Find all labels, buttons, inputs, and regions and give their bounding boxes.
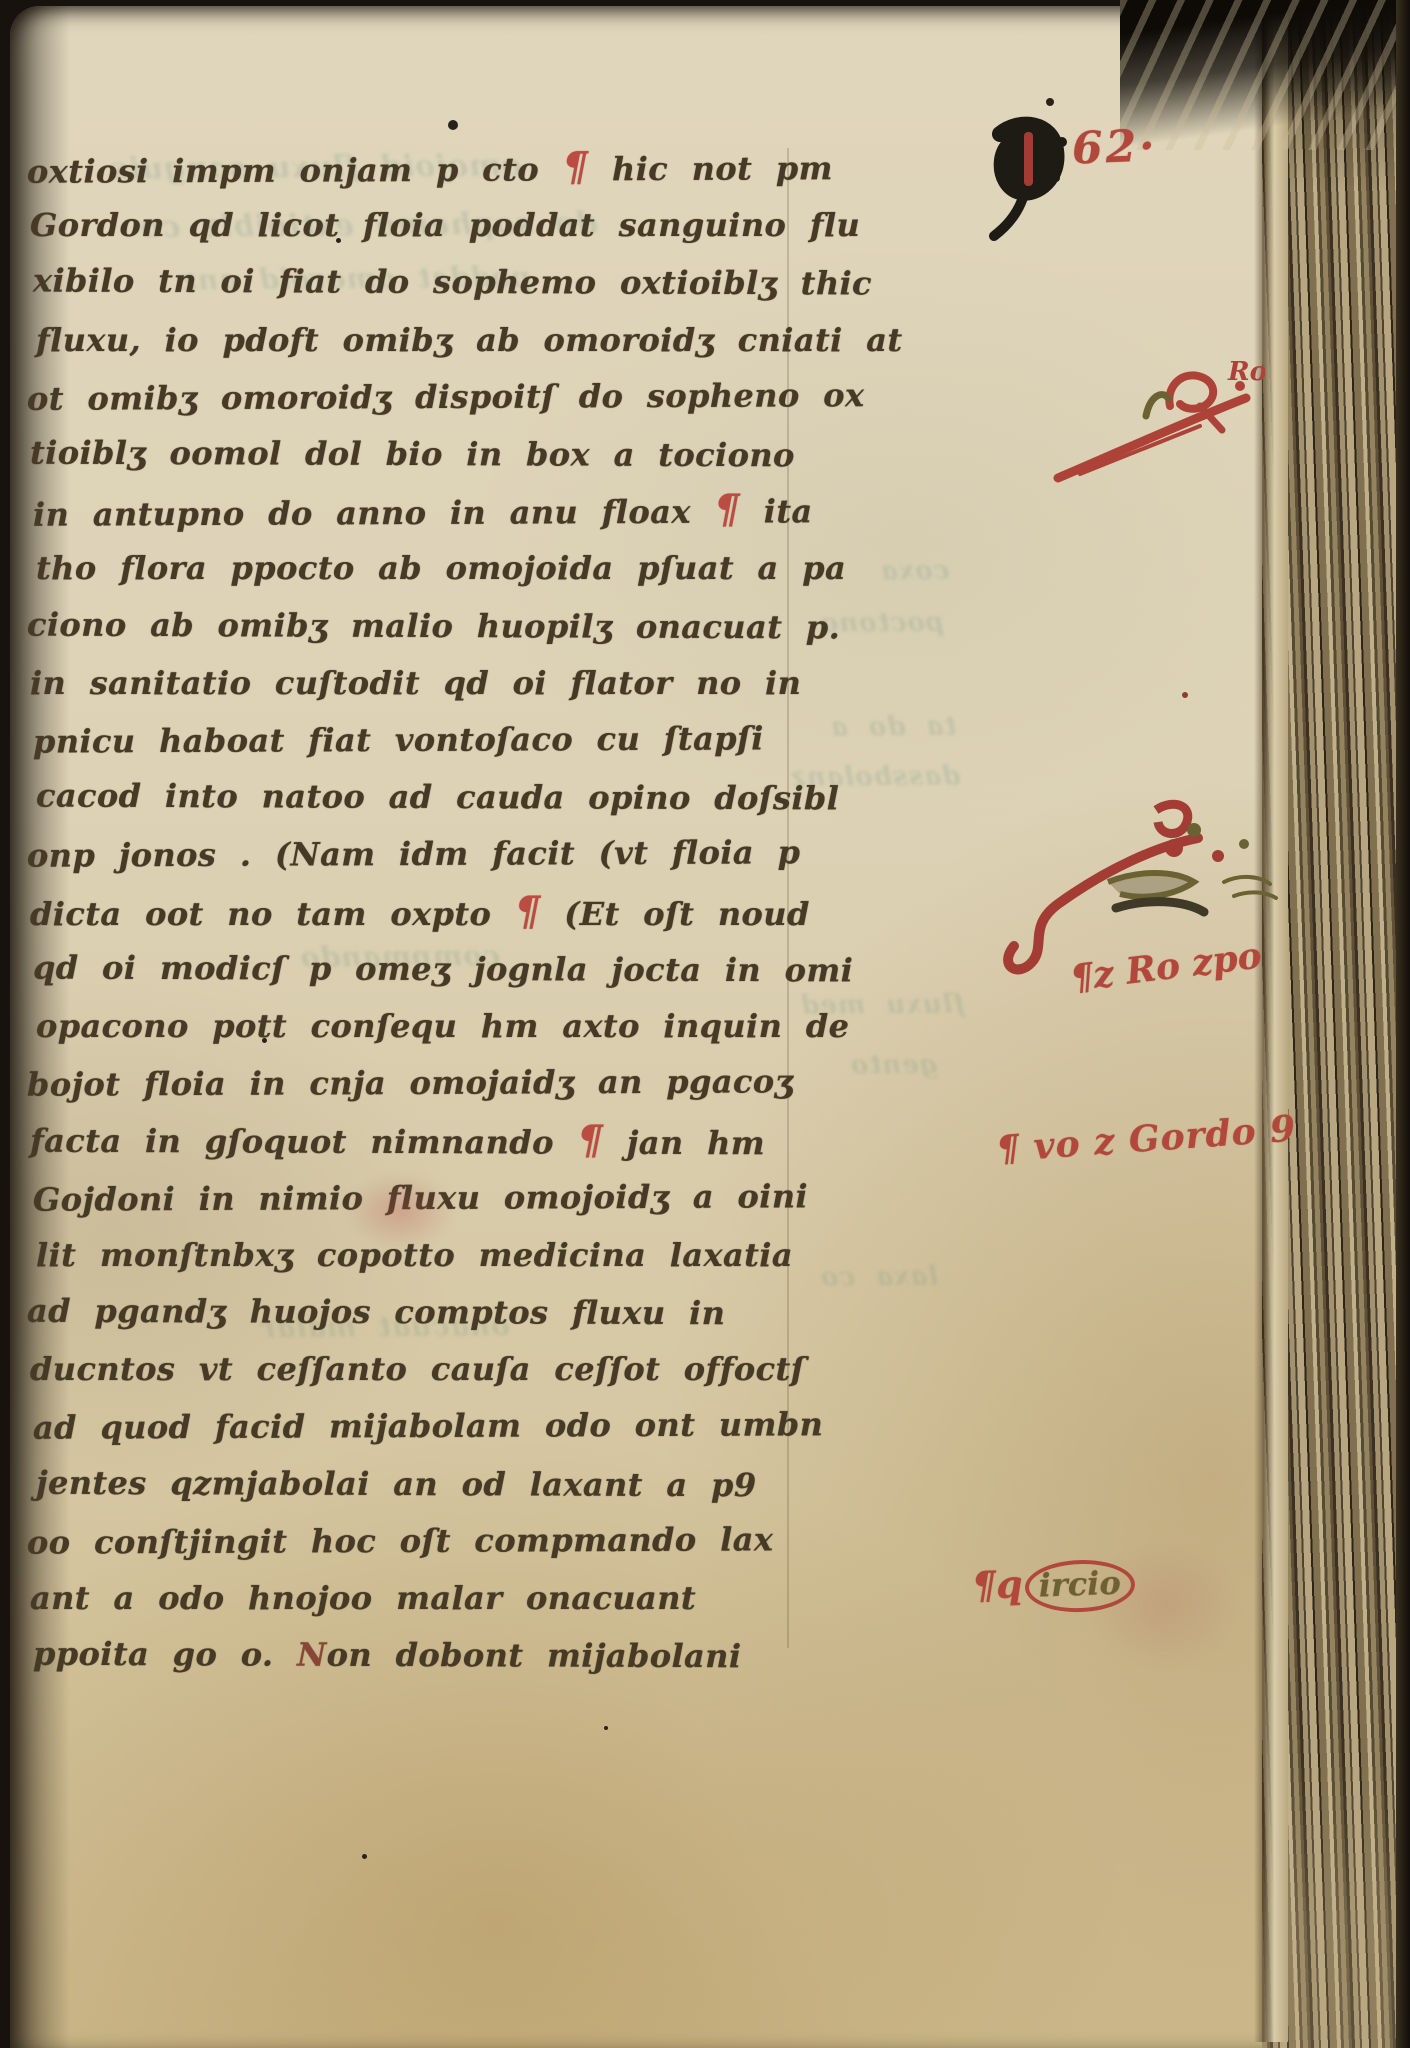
line-segment: ducntos vt ceſſanto cauſa ceſſot offoctſ [30, 1350, 805, 1388]
line-segment: pnicu haboat fiat vontoſaco cu ſtapſi [33, 719, 764, 760]
show-through-line: coxa [880, 556, 950, 587]
ink-speck [448, 120, 458, 130]
line-segment: onp jonos . (Nam idm facit (vt floia p [27, 834, 801, 875]
manuscript-line: oxtiosi impm onjam p cto ¶ hic not pm [27, 138, 833, 200]
faint-red-smudge [1090, 1540, 1240, 1670]
fore-edge-top-shadow [1120, 0, 1410, 150]
line-segment: Gordon qd licot floia poddat sanguino fl… [30, 206, 860, 244]
manuscript-line: jentes qzmjabolai an od laxant a p9 [36, 1454, 757, 1515]
manuscript-line: onp jonos . (Nam idm facit (vt floia p [27, 825, 801, 886]
manuscript-line: cacod into natoo ad cauda opino doſsibl [36, 768, 839, 829]
line-segment: on dobont mijabolani [327, 1636, 742, 1675]
rubric-paraph: ¶ [577, 1117, 603, 1164]
line-segment: opacono pott conſequ hm axto inquin de [36, 1007, 849, 1045]
line-segment: tioiblʒ oomol dol bio in box a tociono [30, 434, 795, 475]
line-segment: oo conſtjingit hoc oſt compmando lax [27, 1520, 774, 1561]
manuscript-line: ant a odo hnojoo malar onacuant [30, 1570, 696, 1628]
line-segment: ot omibʒ omoroidʒ dispoitſ do sopheno ox [27, 376, 865, 418]
margin-note-paraph: ¶q [971, 1561, 1023, 1608]
line-segment: (Et oſt noud [541, 895, 810, 933]
manuscript-line: ppoita go o. Non dobont mijabolani [33, 1626, 742, 1686]
manuscript-line: pnicu haboat fiat vontoſaco cu ſtapſi [33, 710, 764, 771]
line-segment: cacod into natoo ad cauda opino doſsibl [36, 777, 839, 818]
line-segment: N [297, 1636, 327, 1674]
line-segment: ad quod facid mijabolam odo ont umbn [33, 1406, 823, 1447]
red-smudge [345, 1172, 455, 1250]
line-segment: facta in gſoquot nimnando [30, 1122, 578, 1162]
show-through-line: gento [850, 1050, 938, 1081]
scan-right-border [1396, 0, 1410, 2048]
rubric-paraph: ¶ [562, 143, 588, 190]
manuscript-line: ciono ab omibʒ malio huopilʒ onacuat p. [27, 596, 840, 657]
manuscript-line: qd oi modicſ p omeʒ jognla jocta in omi [33, 939, 853, 1000]
ink-speck [262, 1038, 267, 1043]
manuscript-line: dicta oot no tam oxpto ¶ (Et oſt noud [30, 884, 810, 942]
line-segment: qd oi modicſ p omeʒ jognla jocta in omi [33, 948, 853, 989]
line-segment: jentes qzmjabolai an od laxant a p9 [36, 1463, 757, 1504]
text-block: oxtiosi impm onjam p cto ¶ hic not pmGor… [30, 140, 778, 1720]
ink-speck [604, 1726, 608, 1730]
line-segment: ad pgandʒ huojos comptos fluxu in [27, 1292, 725, 1332]
manuscript-line: Gordon qd licot floia poddat sanguino fl… [30, 197, 860, 255]
ink-speck [336, 238, 341, 243]
line-segment: ciono ab omibʒ malio huopilʒ onacuat p. [27, 605, 840, 646]
line-segment: in sanitatio cuſtodit qd oi flator no in [30, 664, 801, 702]
manuscript-photo: omojoid fluxu sanguisdo sophemo extioibl… [0, 0, 1410, 2048]
rubric-paraph: ¶ [714, 486, 740, 533]
line-segment: ppoita go o. [33, 1635, 297, 1674]
manuscript-line: ad pgandʒ huojos comptos fluxu in [27, 1283, 725, 1343]
line-segment: jan hm [603, 1124, 765, 1163]
line-segment: in antupno do anno in anu floax [33, 493, 715, 534]
ink-speck [1046, 98, 1054, 106]
manuscript-line: ducntos vt ceſſanto cauſa ceſſot offoctſ [30, 1341, 805, 1399]
red-speck [1182, 692, 1188, 698]
manuscript-line: ad quod facid mijabolam odo ont umbn [33, 1397, 823, 1458]
manuscript-line: opacono pott conſequ hm axto inquin de [36, 998, 849, 1056]
manuscript-line: ot omibʒ omoroidʒ dispoitſ do sopheno ox [27, 367, 865, 429]
folio-number: 62· [1071, 121, 1158, 175]
line-segment: oxtiosi impm onjam p cto [27, 150, 563, 190]
line-segment: hic not pm [588, 149, 833, 188]
manuscript-line: in sanitatio cuſtodit qd oi flator no in [30, 655, 801, 713]
manuscript-line: tho flora ppocto ab omojoida pſuat a pa [36, 540, 846, 598]
margin-note-rx-icon: Ro [1050, 346, 1265, 496]
line-segment: tho flora ppocto ab omojoida pſuat a pa [36, 549, 846, 587]
line-segment: fluxu, io pdoft omibʒ ab omoroidʒ cniati… [36, 321, 903, 359]
page-edge-highlight [1254, 14, 1288, 2042]
manuscript-line: oo conſtjingit hoc oſt compmando lax [27, 1511, 774, 1572]
manuscript-line: fluxu, io pdoft omibʒ ab omoroidʒ cniati… [36, 312, 903, 370]
manuscript-line: xibilo tn oi fiat do sophemo oxtioiblʒ t… [33, 253, 872, 314]
line-segment: xibilo tn oi fiat do sophemo oxtioiblʒ t… [33, 262, 872, 303]
manuscript-line: facta in gſoquot nimnando ¶ jan hm [30, 1111, 765, 1172]
manuscript-line: in antupno do anno in anu floax ¶ ita [33, 481, 813, 542]
paraph-ornament-icon [986, 112, 1072, 244]
manuscript-line: bojot floia in cnja omojaidʒ an pgacoʒ [27, 1054, 793, 1115]
line-segment: ant a odo hnojoo malar onacuant [30, 1579, 696, 1617]
show-through-line: laxa co [820, 1261, 939, 1292]
rubric-paraph: ¶ [515, 888, 541, 935]
manuscript-line: tioiblʒ oomol dol bio in box a tociono [30, 425, 795, 486]
ink-speck [362, 1854, 367, 1859]
svg-text:Ro: Ro [1227, 357, 1265, 387]
show-through-line: ta do a [830, 711, 957, 742]
line-segment: bojot floia in cnja omojaidʒ an pgacoʒ [27, 1063, 793, 1104]
line-segment: ita [740, 492, 813, 530]
line-segment: dicta oot no tam oxpto [30, 895, 515, 933]
